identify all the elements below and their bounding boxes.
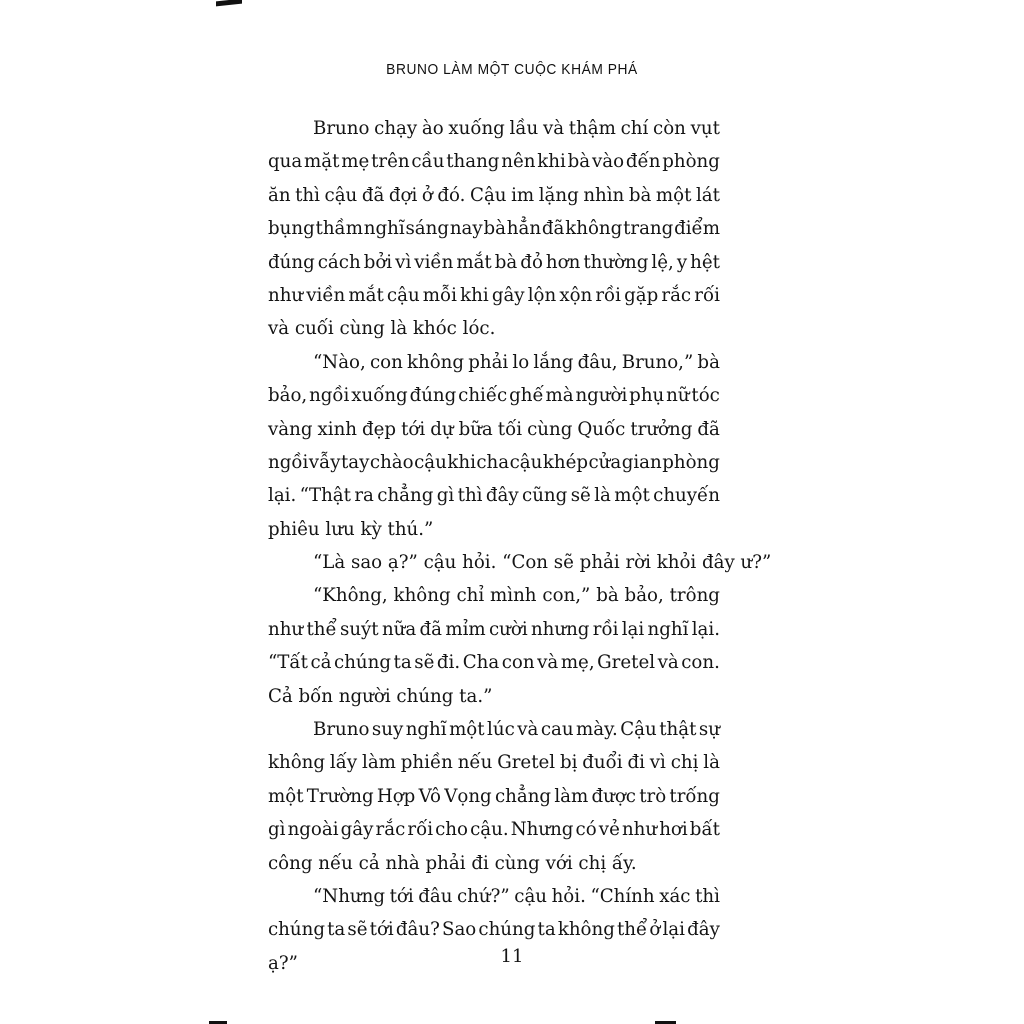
text-line: bụngthầmnghĩsángnaybàhẳnđãkhôngtrangđiểm xyxy=(268,212,720,245)
text-line: ănthìcậuđãđợiởđó.Cậuimlặngnhìnbàmộtlát xyxy=(268,179,720,212)
text-line: nhưthểsuýtnữađãmỉmcườinhưngrồilạinghĩlại… xyxy=(268,613,720,646)
text-line: chúngtasẽtớiđâu?Saochúngtakhôngthểởlạiđâ… xyxy=(268,913,720,946)
body-text: Brunochạyàoxuốnglầuvàthậmchícònvụtquamặt… xyxy=(268,112,720,980)
text-line: “Nhưngtớiđâuchứ?”cậuhỏi.“Chínhxácthì xyxy=(268,880,720,913)
text-line: nhưviềnmắtcậumỗikhigâylộnxộnrồigặprắcrối xyxy=(268,279,720,312)
text-line: “Nào,conkhôngphảilolắngđâu,Bruno,”bà xyxy=(268,346,720,379)
text-line: bảo,ngồixuốngđúngchiếcghếmàngườiphụnữtóc xyxy=(268,379,720,412)
text-line: Brunochạyàoxuốnglầuvàthậmchícònvụt xyxy=(268,112,720,145)
running-head: BRUNO LÀM MỘT CUỘC KHÁM PHÁ xyxy=(26,62,999,78)
text-line: khônglấylàmphiềnnếuGretelbịđuổiđivìchịlà xyxy=(268,746,720,779)
page-number: 11 xyxy=(0,946,1024,967)
crop-mark-top-left xyxy=(216,0,242,6)
text-line: vàngxinhđẹptớidựbữatốicùngQuốctrưởngđã xyxy=(268,413,720,446)
text-line: đúngcáchbởivìviềnmắtbàđỏhơnthườnglệ,yhệt xyxy=(268,246,720,279)
text-line: ngồivẫytaychàocậukhichacậukhépcửagianphò… xyxy=(268,446,720,479)
text-line: lại.“Thậtrachẳnggìthìđâycũngsẽlàmộtchuyế… xyxy=(268,479,720,512)
text-line: mộtTrườngHợpVôVọngchẳnglàmđượctròtrống xyxy=(268,780,720,813)
book-page: BRUNO LÀM MỘT CUỘC KHÁM PHÁ Brunochạyàox… xyxy=(0,0,1024,1024)
text-line: phiêu lưu kỳ thú.” xyxy=(268,513,720,546)
text-line: Brunosuynghĩmộtlúcvàcaumày.Cậuthậtsự xyxy=(268,713,720,746)
text-line: và cuối cùng là khóc lóc. xyxy=(268,312,720,345)
text-line: Cả bốn người chúng ta.” xyxy=(268,680,720,713)
text-line: gìngoàigâyrắcrốichocậu.Nhưngcóvẻnhưhơibấ… xyxy=(268,813,720,846)
text-line: quamặtmẹtrêncầuthangnênkhibàvàođếnphòng xyxy=(268,145,720,178)
text-line: “Là sao ạ?” cậu hỏi. “Con sẽ phải rời kh… xyxy=(268,546,720,579)
text-line: “Tấtcảchúngtasẽđi.Chaconvàmẹ,Gretelvàcon… xyxy=(268,646,720,679)
text-line: “Không,khôngchỉmìnhcon,”bàbảo,trông xyxy=(268,579,720,612)
text-line: công nếu cả nhà phải đi cùng với chị ấy. xyxy=(268,847,720,880)
